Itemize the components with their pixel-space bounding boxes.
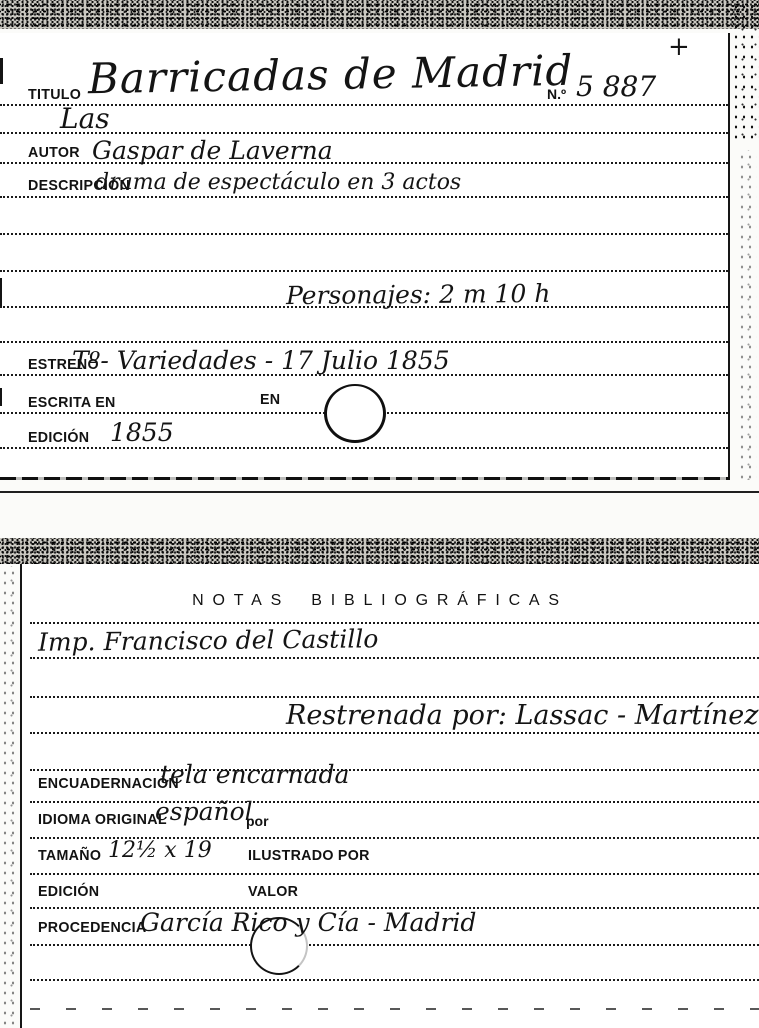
scan-mark [0,278,2,308]
ruled-line-faded [30,1008,759,1010]
ruled-line [30,696,759,698]
ruled-line [30,769,759,771]
ruled-line [30,944,759,946]
handwritten-title: Barricadas de Madrid [88,46,574,103]
field-label-valor: VALOR [248,883,298,900]
field-label-titulo: TITULO [28,86,81,103]
handwritten-procedencia: García Rico y Cía - Madrid [140,908,476,937]
field-label-edicion-2: EDICIÓN [38,883,99,900]
handwritten-personajes: Personajes: 2 m 10 h [286,279,551,310]
field-label-autor: AUTOR [28,144,80,161]
handwritten-estreno: Tº- Variedades - 17 Julio 1855 [72,346,450,375]
top-card-bottom-edge [0,477,730,480]
handwritten-card-number: 5 887 [576,70,656,103]
ruled-line [30,873,759,875]
handwritten-tamano: 12½ x 19 [108,838,212,863]
ruled-line [30,801,759,803]
scan-band-top [0,0,759,29]
scan-band-middle [0,538,759,564]
ruled-line [0,341,728,343]
ruled-line [30,622,759,624]
separator-rule [0,491,759,493]
scan-noise-right-top [731,0,759,145]
ruled-line [0,196,728,198]
handwritten-idioma: español [155,797,253,826]
ruled-line [0,447,728,449]
handwritten-reestreno: Restrenada por: Lassac - Martínez [286,700,758,731]
scan-noise-right-side [737,150,757,480]
ruled-line [0,233,728,235]
field-label-procedencia: PROCEDENCIA [38,919,146,936]
scan-mark [0,58,3,84]
field-label-ilustrado-por: ILUSTRADO POR [248,847,370,864]
field-label-tamano: TAMAÑO [38,847,101,864]
punch-hole [324,384,386,443]
handwritten-edicion-year: 1855 [110,418,174,447]
field-label-edicion: EDICIÓN [28,429,89,446]
field-label-escrita-en: ESCRITA EN [28,394,116,411]
ruled-line [30,657,759,659]
plus-mark: + [668,32,690,62]
field-label-en: EN [260,391,280,408]
handwritten-title-article: Las [60,102,110,135]
handwritten-encuadernacion: tela encarnada [160,760,349,789]
handwritten-autor: Gaspar de Laverna [92,136,333,165]
scan-mark [0,388,2,406]
field-label-encuadernacion: ENCUADERNACIÓN [38,775,179,792]
bottom-card-header: NOTAS BIBLIOGRÁFICAS [120,592,640,610]
handwritten-descripcion: drama de espectáculo en 3 actos [95,170,461,195]
ruled-line [30,979,759,981]
ruled-line [0,270,728,272]
field-label-idioma-original: IDIOMA ORIGINAL [38,811,167,828]
handwritten-imprenta: Imp. Francisco del Castillo [38,624,379,657]
scan-noise-left-side [0,566,16,1026]
ruled-line [30,732,759,734]
